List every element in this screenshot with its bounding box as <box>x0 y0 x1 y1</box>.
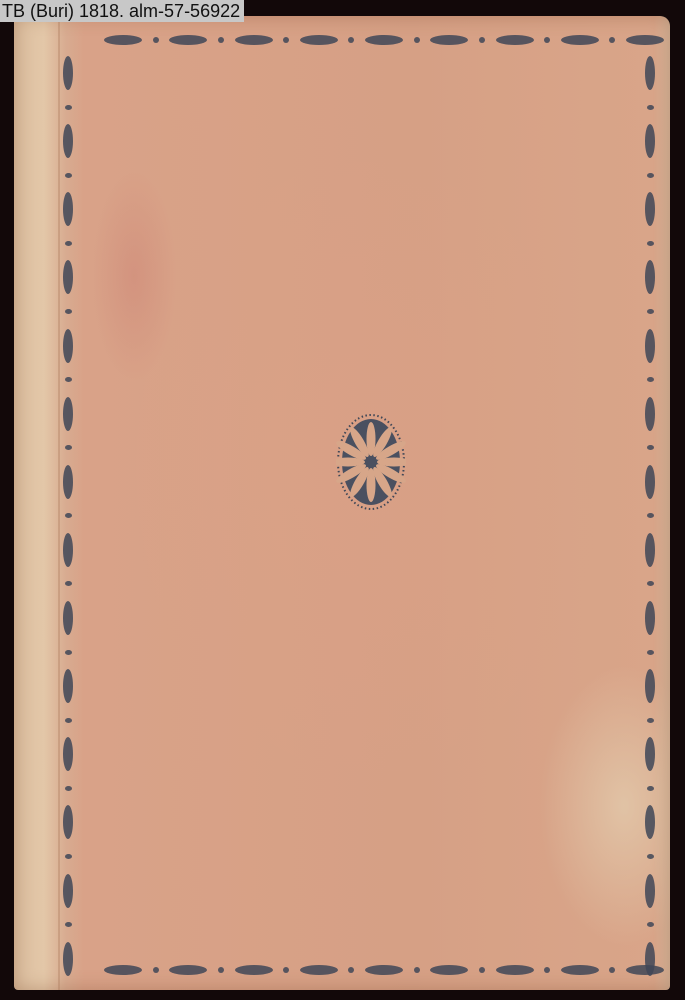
bead-ornament <box>645 737 655 771</box>
bead-ornament <box>63 329 73 363</box>
dot-ornament <box>283 967 289 973</box>
dot-ornament <box>647 241 654 246</box>
dot-ornament <box>544 967 550 973</box>
dot-ornament <box>647 581 654 586</box>
bead-ornament <box>63 942 73 976</box>
dot-ornament <box>153 37 159 43</box>
dot-ornament <box>283 37 289 43</box>
border-right <box>642 56 658 976</box>
dot-ornament <box>65 309 72 314</box>
dot-ornament <box>647 513 654 518</box>
dot-ornament <box>65 105 72 110</box>
dot-ornament <box>647 854 654 859</box>
bead-ornament <box>63 56 73 90</box>
dot-ornament <box>414 967 420 973</box>
bead-ornament <box>645 329 655 363</box>
bead-ornament <box>645 942 655 976</box>
border-bottom <box>104 962 664 978</box>
dot-ornament <box>609 967 615 973</box>
bead-ornament <box>645 601 655 635</box>
dot-ornament <box>647 445 654 450</box>
dot-ornament <box>647 718 654 723</box>
bead-ornament <box>645 56 655 90</box>
dot-ornament <box>647 650 654 655</box>
dot-ornament <box>647 105 654 110</box>
border-left <box>60 56 76 976</box>
bead-ornament <box>63 601 73 635</box>
dot-ornament <box>647 377 654 382</box>
dot-ornament <box>65 854 72 859</box>
rosette-medallion-icon <box>336 412 406 512</box>
dot-ornament <box>647 173 654 178</box>
dot-ornament <box>65 513 72 518</box>
dot-ornament <box>65 173 72 178</box>
dot-ornament <box>65 786 72 791</box>
bead-ornament <box>645 533 655 567</box>
bead-ornament <box>300 35 338 45</box>
bead-ornament <box>645 192 655 226</box>
bead-ornament <box>63 260 73 294</box>
dot-ornament <box>647 786 654 791</box>
bead-ornament <box>561 965 599 975</box>
dot-ornament <box>414 37 420 43</box>
dot-ornament <box>65 377 72 382</box>
dot-ornament <box>348 37 354 43</box>
dot-ornament <box>609 37 615 43</box>
book-cover <box>14 16 670 990</box>
bead-ornament <box>104 965 142 975</box>
dot-ornament <box>479 37 485 43</box>
dot-ornament <box>65 650 72 655</box>
caption-label: TB (Buri) 1818. alm-57-56922 <box>0 0 244 22</box>
bead-ornament <box>365 35 403 45</box>
bead-ornament <box>645 124 655 158</box>
bead-ornament <box>104 35 142 45</box>
bead-ornament <box>169 35 207 45</box>
dot-ornament <box>65 922 72 927</box>
dot-ornament <box>348 967 354 973</box>
bead-ornament <box>645 669 655 703</box>
dot-ornament <box>65 241 72 246</box>
bead-ornament <box>645 260 655 294</box>
bead-ornament <box>561 35 599 45</box>
bead-ornament <box>496 35 534 45</box>
bead-ornament <box>626 35 664 45</box>
dot-ornament <box>65 581 72 586</box>
bead-ornament <box>63 669 73 703</box>
bead-ornament <box>63 533 73 567</box>
dot-ornament <box>65 718 72 723</box>
bead-ornament <box>645 874 655 908</box>
bead-ornament <box>63 874 73 908</box>
bead-ornament <box>63 397 73 431</box>
dot-ornament <box>647 309 654 314</box>
bead-ornament <box>235 35 273 45</box>
dot-ornament <box>479 967 485 973</box>
bead-ornament <box>169 965 207 975</box>
bead-ornament <box>235 965 273 975</box>
dot-ornament <box>647 922 654 927</box>
bead-ornament <box>63 124 73 158</box>
dot-ornament <box>544 37 550 43</box>
bead-ornament <box>430 35 468 45</box>
bead-ornament <box>365 965 403 975</box>
bead-ornament <box>645 397 655 431</box>
bead-ornament <box>300 965 338 975</box>
bead-ornament <box>430 965 468 975</box>
bead-ornament <box>63 465 73 499</box>
bead-ornament <box>63 805 73 839</box>
dot-ornament <box>65 445 72 450</box>
bead-ornament <box>645 805 655 839</box>
bead-ornament <box>496 965 534 975</box>
bead-ornament <box>63 737 73 771</box>
dot-ornament <box>218 967 224 973</box>
bead-ornament <box>645 465 655 499</box>
dot-ornament <box>218 37 224 43</box>
bead-ornament <box>63 192 73 226</box>
border-top <box>104 32 664 48</box>
dot-ornament <box>153 967 159 973</box>
